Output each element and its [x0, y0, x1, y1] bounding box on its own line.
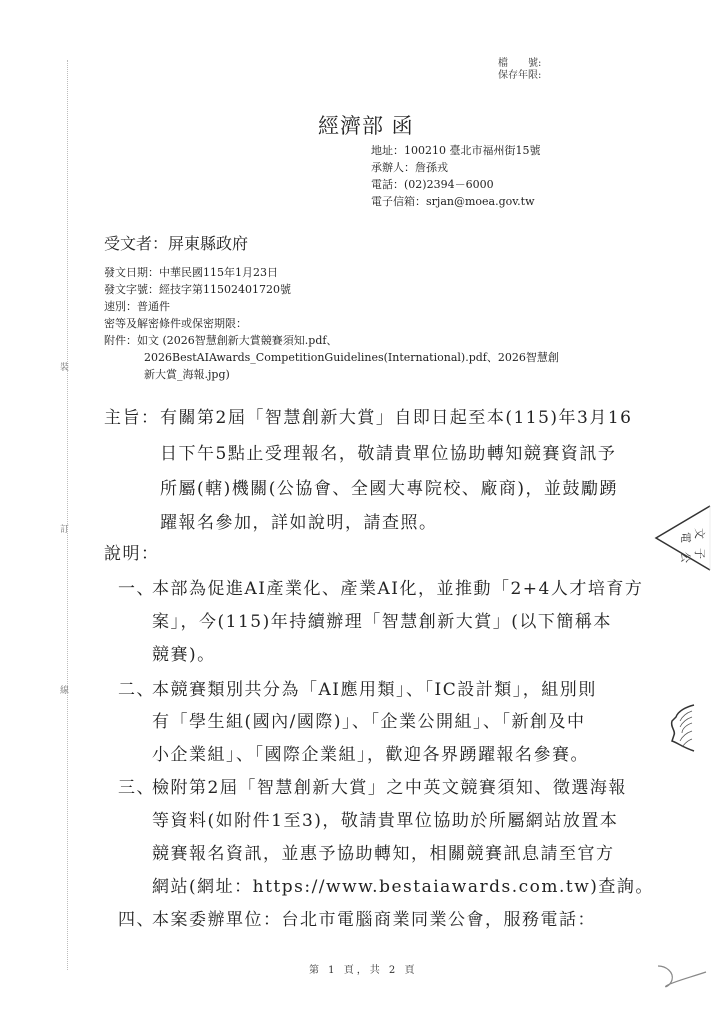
item-1-line-2: 案」，今(115)年持續辦理「智慧創新大賞」(以下簡稱本	[152, 607, 612, 632]
retention-period-label: 保存年限:	[498, 70, 541, 82]
item-3-line-1: 檢附第2屆「智慧創新大賞」之中英文競賽須知、徵選海報	[152, 773, 627, 798]
item-4-line-1: 本案委辦單位：台北市電腦商業同業公會，服務電話：	[152, 905, 596, 930]
subject-line-2: 日下午5點止受理報名，敬請貴單位協助轉知競賽資訊予	[160, 439, 616, 464]
contact-phone: 電話：(02)2394－6000	[371, 177, 494, 192]
electronic-document-stamp-icon: 文 電 子 公	[652, 502, 714, 574]
binding-mark-ding: 訂	[60, 522, 69, 535]
item-3-marker: 三、	[118, 773, 155, 798]
binding-mark-xian: 線	[60, 683, 69, 696]
svg-text:子: 子	[693, 548, 706, 559]
item-3-line-4: 網站(網址：https://www.bestaiawards.com.tw)查詢…	[152, 872, 654, 897]
contact-person: 承辦人：詹孫戎	[371, 160, 448, 175]
attachments-line-1: 附件：如文 (2026智慧創新大賞競賽須知.pdf、	[104, 333, 337, 348]
subject-line-4: 躍報名參加，詳如說明，請查照。	[160, 508, 438, 533]
document-title: 經濟部 函	[318, 110, 414, 140]
svg-text:文: 文	[693, 528, 706, 539]
attachments-line-3: 新大賞_海報.jpg)	[144, 367, 230, 382]
subject-label: 主旨：	[104, 403, 160, 428]
item-1-line-1: 本部為促進AI產業化、產業AI化，並推動「2+4人才培育方	[152, 574, 643, 599]
item-4-marker: 四、	[118, 905, 155, 930]
subject-line-1: 有關第2屆「智慧創新大賞」自即日起至本(115)年3月16	[160, 403, 632, 428]
item-2-marker: 二、	[118, 675, 155, 700]
sender-address: 地址：100210 臺北市福州街15號	[371, 143, 540, 158]
issue-date: 發文日期：中華民國115年1月23日	[104, 265, 278, 280]
item-1-line-3: 競賽)。	[152, 640, 216, 665]
security-classification: 密等及解密條件或保密期限：	[104, 316, 247, 331]
attachments-line-2: 2026BestAIAwards_CompetitionGuidelines(I…	[144, 350, 559, 365]
file-number-label: 檔 號:	[498, 58, 541, 70]
contact-email: 電子信箱：srjan@moea.gov.tw	[371, 194, 534, 209]
handwritten-signature-icon	[652, 960, 712, 994]
delivery-type: 速別：普通件	[104, 299, 170, 314]
explanation-label: 說明：	[104, 539, 160, 564]
binding-mark-zhuang: 裝	[60, 360, 69, 373]
item-2-line-3: 小企業組」、「國際企業組」，歡迎各界踴躍報名參賽。	[152, 740, 589, 765]
page-indicator: 第 1 頁，共 2 頁	[309, 961, 417, 976]
svg-text:電: 電	[679, 532, 692, 543]
seal-stamp-icon	[668, 703, 698, 753]
item-3-line-3: 競賽報名資訊，並惠予協助轉知，相關競賽訊息請至官方	[152, 839, 615, 864]
document-number: 發文字號：經技字第11502401720號	[104, 282, 291, 297]
item-2-line-1: 本競賽類別共分為「AI應用類」、「IC設計類」，組別則	[152, 675, 597, 700]
item-3-line-2: 等資料(如附件1至3)，敬請貴單位協助於所屬網站放置本	[152, 806, 618, 831]
item-1-marker: 一、	[118, 574, 155, 599]
binding-margin-line	[67, 60, 68, 970]
subject-line-3: 所屬(轄)機關(公協會、全國大專院校、廠商)，並鼓勵踴	[160, 474, 618, 499]
item-2-line-2: 有「學生組(國內/國際)」、「企業公開組」、「新創及中	[152, 707, 586, 732]
svg-text:公: 公	[679, 552, 692, 563]
recipient: 受文者：屏東縣政府	[104, 231, 248, 254]
